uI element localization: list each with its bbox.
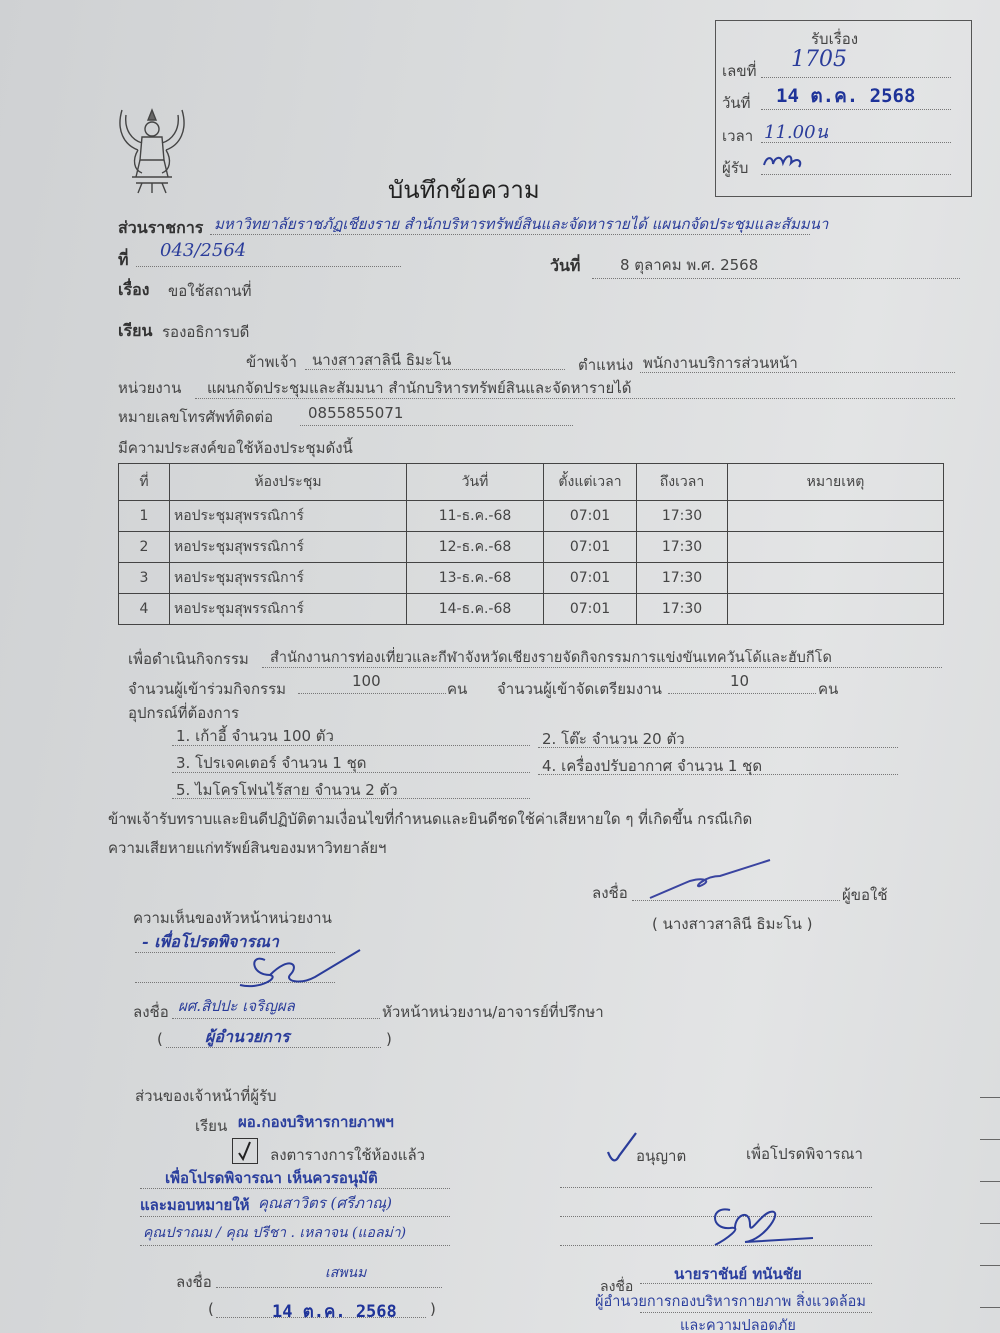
cell-to: 17:30 [637,532,728,563]
name-label: ข้าพเจ้า [246,350,297,374]
cell-date: 12-ธ.ค.-68 [407,532,544,563]
unit-value: แผนกจัดประชุมและสัมมนา สำนักบริหารทรัพย์… [207,376,632,400]
position-label: ตำแหน่ง [578,353,633,377]
receipt-stamp-box: รับเรื่อง เลขที่ 1705 วันที่ 14 ต.ค. 256… [715,20,972,197]
paren-open: ( [157,1030,163,1048]
col-header-date: วันที่ [407,464,544,501]
table-row: 4 หอประชุมสุพรรณิการ์ 14-ธ.ค.-68 07:01 1… [119,594,944,625]
edge-mark [980,1223,1000,1224]
staff-unit: คน [818,677,838,701]
cell-note [728,532,944,563]
participants-label: จำนวนผู้เข้าร่วมกิจกรรม [128,677,286,701]
col-header-note: หมายเหตุ [728,464,944,501]
checkmark-icon [233,1139,257,1163]
edge-mark [980,1097,1000,1098]
ref-value: 043/2564 [160,240,246,261]
participants-value: 100 [352,672,381,690]
col-header-room: ห้องประชุม [170,464,407,501]
officer-note-2-printed: และมอบหมายให้ [140,1193,250,1217]
requester-role: ผู้ขอใช้ [842,883,888,907]
officer-to-value: ผอ.กองบริหารกายภาพฯ [238,1110,394,1134]
officer-to-label: เรียน [195,1114,227,1138]
cell-room: หอประชุมสุพรรณิการ์ [170,532,407,563]
cell-from: 07:01 [544,532,637,563]
staff-value: 10 [730,672,749,690]
officer-sign-label: ลงชื่อ [176,1270,212,1294]
cell-note [728,563,944,594]
receipt-date-value: 14 ต.ค. 2568 [776,81,915,111]
approve-checkmark-icon[interactable] [605,1130,639,1164]
purpose-label: เพื่อดำเนินกิจกรรม [128,647,249,671]
receipt-date-label: วันที่ [722,91,751,115]
name-value: นางสาวสาลินี ธิมะโน [312,348,451,372]
schedule-checkbox-label: ลงตารางการใช้ห้องแล้ว [270,1143,425,1167]
approver-title-line-1: ผู้อำนวยการกองบริหารกายภาพ สิ่งแวดล้อม [595,1290,866,1313]
date-label: วันที่ [550,254,580,279]
head-role: หัวหน้าหน่วยงาน/อาจารย์ที่ปรึกษา [382,1000,604,1024]
requester-sign-label: ลงชื่อ [592,881,628,905]
approve-label: อนุญาต [636,1144,686,1168]
subject-value: ขอใช้สถานที่ [168,279,252,303]
approver-signature [705,1200,815,1255]
table-row: 3 หอประชุมสุพรรณิการ์ 13-ธ.ค.-68 07:01 1… [119,563,944,594]
cell-from: 07:01 [544,594,637,625]
receipt-receiver-label: ผู้รับ [722,156,748,180]
approver-name: นายราชันย์ ทนันชัย [674,1262,802,1286]
cell-room: หอประชุมสุพรรณิการ์ [170,594,407,625]
edge-mark [980,1307,1000,1308]
cell-from: 07:01 [544,563,637,594]
edge-mark [980,1181,1000,1182]
document-title: บันทึกข้อความ [388,170,540,209]
cell-to: 17:30 [637,594,728,625]
head-sign-label: ลงชื่อ [133,1000,169,1024]
col-header-no: ที่ [119,464,170,501]
paren-close: ) [386,1030,392,1048]
staff-label: จำนวนผู้เข้าจัดเตรียมงาน [497,677,662,701]
col-header-to: ถึงเวลา [637,464,728,501]
room-booking-table: ที่ ห้องประชุม วันที่ ตั้งแต่เวลา ถึงเวล… [118,463,944,625]
phone-value: 0855855071 [308,404,403,422]
cell-room: หอประชุมสุพรรณิการ์ [170,563,407,594]
agency-label: ส่วนราชการ [118,216,203,241]
to-value: รองอธิการบดี [162,320,249,344]
paren-open: ( [208,1300,214,1318]
to-label: เรียน [118,319,152,344]
cell-date: 11-ธ.ค.-68 [407,501,544,532]
cell-to: 17:30 [637,563,728,594]
consider-label: เพื่อโปรดพิจารณา [746,1142,863,1166]
cell-to: 17:30 [637,501,728,532]
agreement-line-2: ความเสียหายแก่ทรัพย์สินของมหาวิทยาลัยฯ [108,836,386,860]
officer-note-2-hand: คุณสาวิตร (ศรีภาณุ) [258,1191,392,1215]
garuda-emblem-icon [112,105,192,195]
officer-note-3-hand: คุณปราณม / คุณ ปรีชา . เหลาจน (แอลม่า) [143,1222,406,1244]
head-signature [220,945,370,995]
head-signer-name: ผศ.สิปปะ เจริญผล [178,994,295,1018]
purpose-value: สำนักงานการท่องเที่ยวและกีฬาจังหวัดเชียง… [270,646,832,669]
date-value: 8 ตุลาคม พ.ศ. 2568 [620,253,758,277]
table-header-row: ที่ ห้องประชุม วันที่ ตั้งแต่เวลา ถึงเวล… [119,464,944,501]
paren-close: ) [430,1300,436,1318]
agency-value: มหาวิทยาลัยราชภัฏเชียงราย สำนักบริหารทรั… [214,212,828,236]
head-opinion-label: ความเห็นของหัวหน้าหน่วยงาน [133,906,332,930]
col-header-from: ตั้งแต่เวลา [544,464,637,501]
cell-no: 2 [119,532,170,563]
requester-signature [645,858,775,903]
cell-note [728,594,944,625]
head-signer-title: ผู้อำนวยการ [205,1025,290,1050]
ref-label: ที่ [118,248,129,273]
cell-no: 3 [119,563,170,594]
officer-section-label: ส่วนของเจ้าหน้าที่ผู้รับ [135,1084,277,1108]
officer-signature: เสพนม [325,1262,366,1284]
cell-note [728,501,944,532]
table-row: 1 หอประชุมสุพรรณิการ์ 11-ธ.ค.-68 07:01 1… [119,501,944,532]
cell-room: หอประชุมสุพรรณิการ์ [170,501,407,532]
receipt-time-label: เวลา [722,124,753,148]
equipment-label: อุปกรณ์ที่ต้องการ [128,701,239,725]
approver-title-line-2: และความปลอดภัย [680,1314,796,1333]
officer-date-stamp: 14 ต.ค. 2568 [272,1298,397,1325]
cell-from: 07:01 [544,501,637,532]
receiver-signature [761,149,811,171]
phone-label: หมายเลขโทรศัพท์ติดต่อ [118,405,273,429]
edge-mark [980,1265,1000,1266]
position-value: พนักงานบริการส่วนหน้า [643,351,798,375]
edge-mark [980,1139,1000,1140]
cell-date: 13-ธ.ค.-68 [407,563,544,594]
schedule-checkbox[interactable] [232,1138,258,1164]
unit-label: หน่วยงาน [118,376,181,400]
subject-label: เรื่อง [118,278,149,303]
requester-name: ( นางสาวสาลินี ธิมะโน ) [652,912,812,936]
cell-date: 14-ธ.ค.-68 [407,594,544,625]
officer-note-1: เพื่อโปรดพิจารณา เห็นควรอนุมัติ [165,1166,378,1190]
cell-no: 4 [119,594,170,625]
receipt-time-value: 11.00น [764,117,828,146]
receipt-number-label: เลขที่ [722,59,756,83]
cell-no: 1 [119,501,170,532]
intent-text: มีความประสงค์ขอใช้ห้องประชุมดังนี้ [118,436,353,460]
receipt-number-value: 1705 [791,47,847,72]
table-row: 2 หอประชุมสุพรรณิการ์ 12-ธ.ค.-68 07:01 1… [119,532,944,563]
participants-unit: คน [447,677,467,701]
agreement-line-1: ข้าพเจ้ารับทราบและยินดีปฏิบัติตามเงื่อนไ… [108,807,752,831]
